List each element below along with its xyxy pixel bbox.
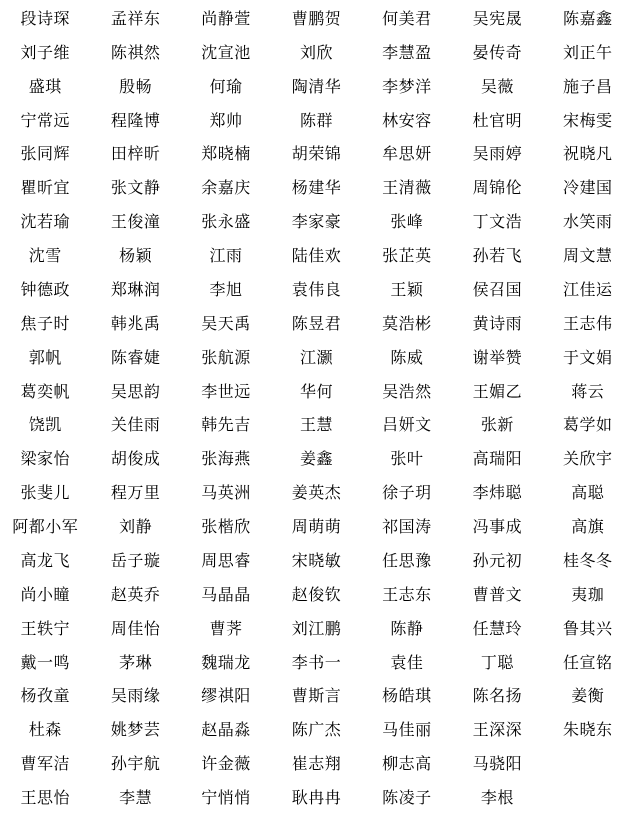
name-cell: 陈睿婕 xyxy=(90,350,180,366)
roster-row: 宁常远程隆博郑帅陈群林安容杜官明宋梅雯 xyxy=(0,104,633,137)
name-cell: 江灏 xyxy=(271,350,361,366)
name-cell: 韩先吉 xyxy=(181,417,271,433)
name-cell: 耿冉冉 xyxy=(271,790,361,806)
name-cell: 姚梦芸 xyxy=(90,722,180,738)
name-cell: 陈祺然 xyxy=(90,45,180,61)
name-cell: 朱晓东 xyxy=(543,722,633,738)
name-cell: 曹鹏贺 xyxy=(271,11,361,27)
name-cell: 王俊潼 xyxy=(90,214,180,230)
name-cell: 陶清华 xyxy=(271,79,361,95)
name-cell: 刘江鹏 xyxy=(271,621,361,637)
name-cell: 江雨 xyxy=(181,248,271,264)
name-cell: 韩兆禹 xyxy=(90,316,180,332)
name-cell: 于文娟 xyxy=(543,350,633,366)
roster-row: 沈若瑜王俊潼张永盛李家豪张峰丁文浩水笑雨 xyxy=(0,206,633,239)
name-cell: 牟思妍 xyxy=(362,146,452,162)
name-cell: 李书一 xyxy=(271,655,361,671)
name-cell: 祁国涛 xyxy=(362,519,452,535)
name-cell: 李家豪 xyxy=(271,214,361,230)
roster-row: 饶凯关佳雨韩先吉王慧吕妍文张新葛学如 xyxy=(0,409,633,442)
name-cell: 冯事成 xyxy=(452,519,542,535)
name-cell: 鲁其兴 xyxy=(543,621,633,637)
name-cell: 陈威 xyxy=(362,350,452,366)
name-cell: 王清薇 xyxy=(362,180,452,196)
name-cell: 关佳雨 xyxy=(90,417,180,433)
name-cell: 张斐儿 xyxy=(0,485,90,501)
name-cell: 魏瑞龙 xyxy=(181,655,271,671)
name-cell: 柳志高 xyxy=(362,756,452,772)
roster-row: 张同辉田梓昕郑晓楠胡荣锦牟思妍吴雨婷祝晓凡 xyxy=(0,138,633,171)
name-cell: 杜森 xyxy=(0,722,90,738)
name-cell: 张峰 xyxy=(362,214,452,230)
roster-row: 刘子维陈祺然沈宣池刘欣李慧盈晏传奇刘正午 xyxy=(0,36,633,69)
name-cell: 李炜聪 xyxy=(452,485,542,501)
name-cell: 尚静萱 xyxy=(181,11,271,27)
name-cell: 刘子维 xyxy=(0,45,90,61)
name-cell: 陈广杰 xyxy=(271,722,361,738)
name-cell: 吕妍文 xyxy=(362,417,452,433)
name-cell: 周佳怡 xyxy=(90,621,180,637)
name-cell: 吴天禹 xyxy=(181,316,271,332)
name-cell: 曹斯言 xyxy=(271,688,361,704)
name-cell: 蒋云 xyxy=(543,384,633,400)
name-cell: 许金薇 xyxy=(181,756,271,772)
name-cell: 王慧 xyxy=(271,417,361,433)
roster-row: 杜森姚梦芸赵晶淼陈广杰马佳丽王深深朱晓东 xyxy=(0,714,633,747)
name-cell: 吴思韵 xyxy=(90,384,180,400)
name-cell: 张海燕 xyxy=(181,451,271,467)
name-cell: 郑晓楠 xyxy=(181,146,271,162)
name-cell: 晏传奇 xyxy=(452,45,542,61)
name-cell: 水笑雨 xyxy=(543,214,633,230)
name-cell: 张永盛 xyxy=(181,214,271,230)
roster-row: 阿都小军刘静张楷欣周萌萌祁国涛冯事成高旗 xyxy=(0,511,633,544)
name-cell: 王颖 xyxy=(362,282,452,298)
name-cell: 吴宪晟 xyxy=(452,11,542,27)
name-cell: 张航源 xyxy=(181,350,271,366)
name-cell: 盛琪 xyxy=(0,79,90,95)
name-cell: 曹普文 xyxy=(452,587,542,603)
roster-row: 葛奕帆吴思韵李世远华何吴浩然王媚乙蒋云 xyxy=(0,375,633,408)
name-cell: 冷建国 xyxy=(543,180,633,196)
name-cell: 姜衡 xyxy=(543,688,633,704)
name-cell: 吴浩然 xyxy=(362,384,452,400)
name-cell: 高瑞阳 xyxy=(452,451,542,467)
name-cell: 张同辉 xyxy=(0,146,90,162)
name-cell: 孟祥东 xyxy=(90,11,180,27)
name-cell: 姜英杰 xyxy=(271,485,361,501)
name-cell: 陆佳欢 xyxy=(271,248,361,264)
name-cell: 丁聪 xyxy=(452,655,542,671)
name-cell: 岳子璇 xyxy=(90,553,180,569)
name-cell: 孙元初 xyxy=(452,553,542,569)
name-cell: 陈群 xyxy=(271,113,361,129)
name-cell: 李慧 xyxy=(90,790,180,806)
name-cell: 陈昱君 xyxy=(271,316,361,332)
name-cell: 关欣宇 xyxy=(543,451,633,467)
name-cell: 杨孜童 xyxy=(0,688,90,704)
name-cell: 桂冬冬 xyxy=(543,553,633,569)
roster-row: 张斐儿程万里马英洲姜英杰徐子玥李炜聪高聪 xyxy=(0,477,633,510)
name-cell: 孙宇航 xyxy=(90,756,180,772)
name-cell: 刘正午 xyxy=(543,45,633,61)
name-cell: 王思怡 xyxy=(0,790,90,806)
name-cell: 徐子玥 xyxy=(362,485,452,501)
name-cell: 马晶晶 xyxy=(181,587,271,603)
roster-row: 郭帆陈睿婕张航源江灏陈威谢举赞于文娟 xyxy=(0,341,633,374)
name-cell: 王深深 xyxy=(452,722,542,738)
name-cell: 饶凯 xyxy=(0,417,90,433)
name-cell: 戴一鸣 xyxy=(0,655,90,671)
roster-row: 王思怡李慧宁悄悄耿冉冉陈凌子李根 xyxy=(0,782,633,815)
name-cell: 任思豫 xyxy=(362,553,452,569)
name-cell: 郭帆 xyxy=(0,350,90,366)
roster-row: 瞿昕宜张文静余嘉庆杨建华王清薇周锦伦冷建国 xyxy=(0,172,633,205)
name-cell: 任慧玲 xyxy=(452,621,542,637)
name-cell: 刘静 xyxy=(90,519,180,535)
name-cell: 姜鑫 xyxy=(271,451,361,467)
name-cell: 缪祺阳 xyxy=(181,688,271,704)
name-cell: 侯召国 xyxy=(452,282,542,298)
name-cell: 梁家怡 xyxy=(0,451,90,467)
name-cell: 祝晓凡 xyxy=(543,146,633,162)
roster-row: 高龙飞岳子璇周思睿宋晓敏任思豫孙元初桂冬冬 xyxy=(0,544,633,577)
name-cell: 张文静 xyxy=(90,180,180,196)
name-cell: 吴雨缘 xyxy=(90,688,180,704)
name-cell: 余嘉庆 xyxy=(181,180,271,196)
roster-row: 沈雪杨颖江雨陆佳欢张芷英孙若飞周文慧 xyxy=(0,240,633,273)
roster-row: 王轶宁周佳怡曹荠刘江鹏陈静任慧玲鲁其兴 xyxy=(0,612,633,645)
name-cell: 高聪 xyxy=(543,485,633,501)
name-cell: 瞿昕宜 xyxy=(0,180,90,196)
roster-row: 杨孜童吴雨缘缪祺阳曹斯言杨皓琪陈名扬姜衡 xyxy=(0,680,633,713)
name-cell: 郑帅 xyxy=(181,113,271,129)
name-cell: 周锦伦 xyxy=(452,180,542,196)
name-cell: 吴雨婷 xyxy=(452,146,542,162)
name-cell: 王志东 xyxy=(362,587,452,603)
name-cell: 李根 xyxy=(452,790,542,806)
name-cell: 杜官明 xyxy=(452,113,542,129)
name-cell: 王志伟 xyxy=(543,316,633,332)
roster-row: 段诗琛孟祥东尚静萱曹鹏贺何美君吴宪晟陈嘉鑫 xyxy=(0,2,633,35)
name-cell: 陈静 xyxy=(362,621,452,637)
name-cell: 袁佳 xyxy=(362,655,452,671)
name-cell: 王媚乙 xyxy=(452,384,542,400)
roster-row: 钟德政郑琳润李旭袁伟良王颖侯召国江佳运 xyxy=(0,273,633,306)
name-cell: 陈嘉鑫 xyxy=(543,11,633,27)
name-cell: 李慧盈 xyxy=(362,45,452,61)
name-cell: 葛学如 xyxy=(543,417,633,433)
name-cell: 张新 xyxy=(452,417,542,433)
name-cell: 马佳丽 xyxy=(362,722,452,738)
name-cell: 周文慧 xyxy=(543,248,633,264)
name-cell: 莫浩彬 xyxy=(362,316,452,332)
name-cell: 沈宣池 xyxy=(181,45,271,61)
name-cell: 何瑜 xyxy=(181,79,271,95)
name-cell: 宁常远 xyxy=(0,113,90,129)
roster-row: 尚小瞳赵英乔马晶晶赵俊钦王志东曹普文夷珈 xyxy=(0,578,633,611)
name-cell: 赵俊钦 xyxy=(271,587,361,603)
name-cell: 张芷英 xyxy=(362,248,452,264)
name-cell: 杨建华 xyxy=(271,180,361,196)
name-cell: 曹军洁 xyxy=(0,756,90,772)
roster-row: 盛琪殷畅何瑜陶清华李梦洋吴薇施子昌 xyxy=(0,70,633,103)
name-cell: 沈雪 xyxy=(0,248,90,264)
name-cell: 葛奕帆 xyxy=(0,384,90,400)
name-cell: 孙若飞 xyxy=(452,248,542,264)
name-cell: 赵晶淼 xyxy=(181,722,271,738)
name-cell: 张楷欣 xyxy=(181,519,271,535)
name-cell: 赵英乔 xyxy=(90,587,180,603)
name-cell: 胡荣锦 xyxy=(271,146,361,162)
name-cell: 宋梅雯 xyxy=(543,113,633,129)
name-cell: 宋晓敏 xyxy=(271,553,361,569)
name-cell: 郑琳润 xyxy=(90,282,180,298)
name-cell: 李世远 xyxy=(181,384,271,400)
name-cell: 茅琳 xyxy=(90,655,180,671)
name-cell: 王轶宁 xyxy=(0,621,90,637)
name-cell: 钟德政 xyxy=(0,282,90,298)
name-cell: 何美君 xyxy=(362,11,452,27)
name-cell: 高龙飞 xyxy=(0,553,90,569)
name-cell: 陈名扬 xyxy=(452,688,542,704)
name-cell: 田梓昕 xyxy=(90,146,180,162)
name-cell: 杨皓琪 xyxy=(362,688,452,704)
name-cell: 崔志翔 xyxy=(271,756,361,772)
name-cell: 袁伟良 xyxy=(271,282,361,298)
name-cell: 夷珈 xyxy=(543,587,633,603)
name-cell: 马英洲 xyxy=(181,485,271,501)
name-cell: 陈凌子 xyxy=(362,790,452,806)
name-cell: 胡俊成 xyxy=(90,451,180,467)
name-cell: 焦子时 xyxy=(0,316,90,332)
name-cell: 马骁阳 xyxy=(452,756,542,772)
name-cell: 段诗琛 xyxy=(0,11,90,27)
name-cell: 华何 xyxy=(271,384,361,400)
name-cell: 林安容 xyxy=(362,113,452,129)
roster-row: 戴一鸣茅琳魏瑞龙李书一袁佳丁聪任宣铭 xyxy=(0,646,633,679)
name-cell: 阿都小军 xyxy=(0,519,90,535)
name-cell: 吴薇 xyxy=(452,79,542,95)
roster-row: 梁家怡胡俊成张海燕姜鑫张叶高瑞阳关欣宇 xyxy=(0,443,633,476)
name-cell: 张叶 xyxy=(362,451,452,467)
name-cell: 李旭 xyxy=(181,282,271,298)
name-cell: 谢举赞 xyxy=(452,350,542,366)
roster-row: 焦子时韩兆禹吴天禹陈昱君莫浩彬黄诗雨王志伟 xyxy=(0,307,633,340)
name-cell: 殷畅 xyxy=(90,79,180,95)
name-cell: 任宣铭 xyxy=(543,655,633,671)
name-cell: 沈若瑜 xyxy=(0,214,90,230)
name-cell: 李梦洋 xyxy=(362,79,452,95)
name-cell: 黄诗雨 xyxy=(452,316,542,332)
name-cell: 江佳运 xyxy=(543,282,633,298)
name-cell: 刘欣 xyxy=(271,45,361,61)
name-cell: 施子昌 xyxy=(543,79,633,95)
roster-row: 曹军洁孙宇航许金薇崔志翔柳志高马骁阳 xyxy=(0,748,633,781)
name-cell: 周萌萌 xyxy=(271,519,361,535)
name-cell: 周思睿 xyxy=(181,553,271,569)
name-cell: 宁悄悄 xyxy=(181,790,271,806)
name-cell: 曹荠 xyxy=(181,621,271,637)
name-cell: 程隆博 xyxy=(90,113,180,129)
name-cell: 杨颖 xyxy=(90,248,180,264)
name-cell: 丁文浩 xyxy=(452,214,542,230)
name-cell: 高旗 xyxy=(543,519,633,535)
name-cell: 尚小瞳 xyxy=(0,587,90,603)
name-roster: 段诗琛孟祥东尚静萱曹鹏贺何美君吴宪晟陈嘉鑫刘子维陈祺然沈宣池刘欣李慧盈晏传奇刘正… xyxy=(0,0,633,817)
name-cell: 程万里 xyxy=(90,485,180,501)
